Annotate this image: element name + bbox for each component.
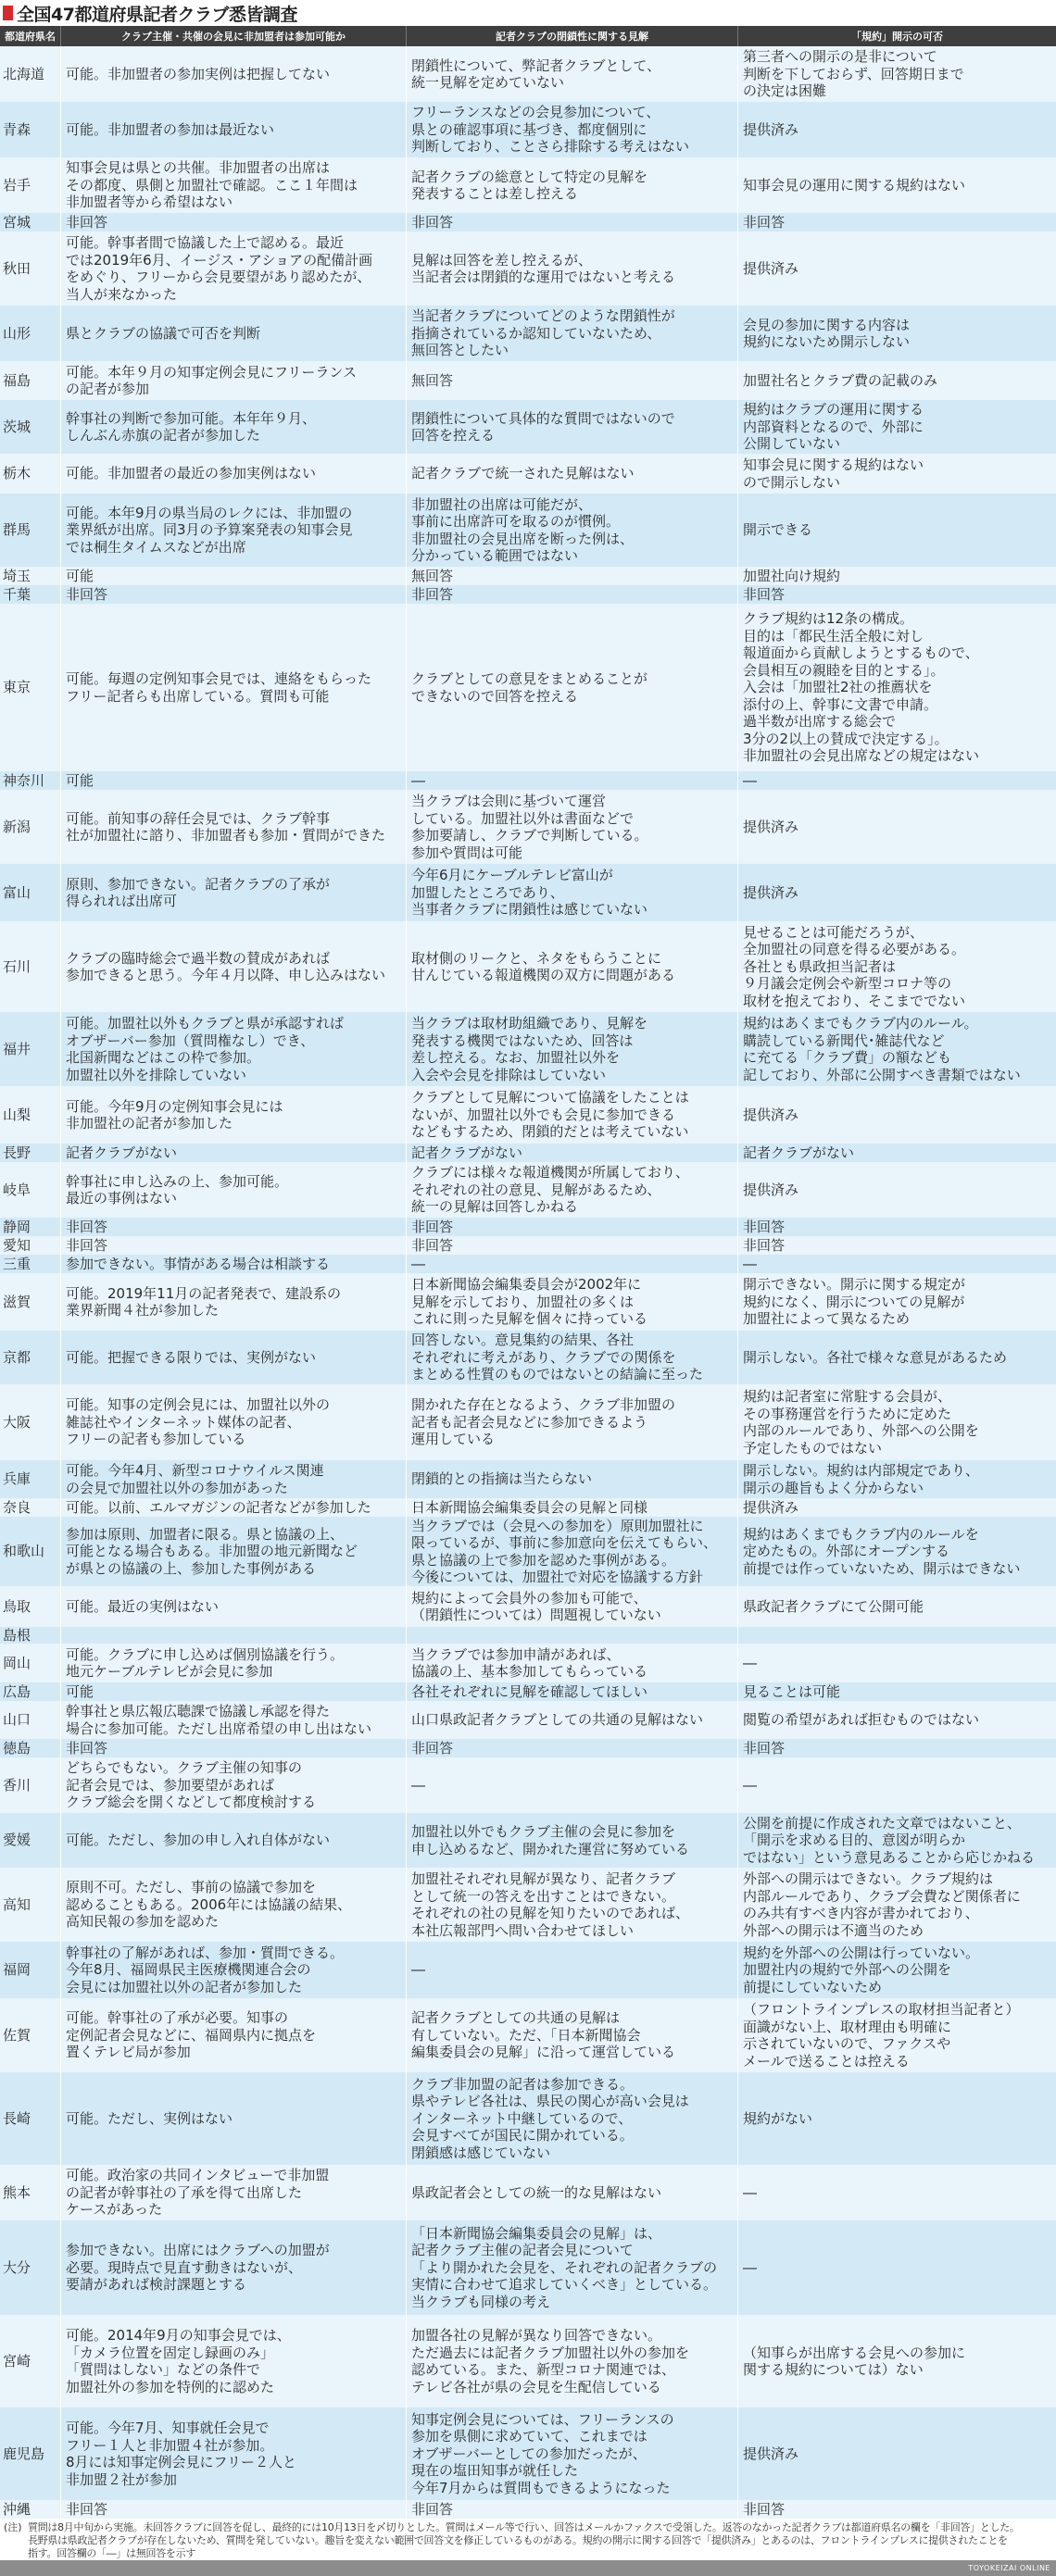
cell-participation: 可能。非加盟者の参加実例は把握してない — [60, 46, 406, 102]
cell-rules-disclosure: 開示できる — [737, 494, 1056, 567]
cell-rules-disclosure: ― — [737, 1644, 1056, 1682]
cell-closedness-view: 非回答 — [406, 213, 737, 231]
table-row: 長野記者クラブがない記者クラブがない記者クラブがない — [0, 1144, 1056, 1162]
cell-rules-disclosure: 開示できない。開示に関する規定が 規約になく、開示についての見解が 加盟社によっ… — [737, 1273, 1056, 1331]
cell-prefecture: 岡山 — [0, 1644, 60, 1682]
cell-prefecture: 山形 — [0, 306, 60, 361]
cell-participation: 可能。今年7月、知事就任会見で フリー１人と非加盟４社が参加。 8月には知事定例… — [60, 2407, 406, 2500]
cell-participation: 原則、参加できない。記者クラブの了承が 得られれば出席可 — [60, 864, 406, 921]
cell-participation: 可能。毎週の定例知事会見では、連絡をもらった フリー記者らも出席している。質問も… — [60, 604, 406, 771]
cell-closedness-view: 記者クラブの総意として特定の見解を 発表することは差し控える — [406, 157, 737, 213]
cell-closedness-view: ― — [406, 1255, 737, 1273]
cell-prefecture: 栃木 — [0, 454, 60, 494]
cell-closedness-view: 当クラブは会則に基づいて運営 している。加盟社以外は書面などで 参加要請し、クラ… — [406, 790, 737, 864]
cell-prefecture: 奈良 — [0, 1498, 60, 1517]
cell-closedness-view: 非回答 — [406, 1218, 737, 1236]
footnote-text: 質問は8月中旬から実施。未回答クラブに回答を促し、最終的には10月13日を〆切り… — [28, 2521, 1020, 2560]
table-row: 奈良可能。以前、エルマガジンの記者などが参加した日本新聞協会編集委員会の見解と同… — [0, 1498, 1056, 1517]
cell-closedness-view: ― — [406, 1942, 737, 1998]
cell-prefecture: 福岡 — [0, 1942, 60, 1998]
cell-prefecture: 大阪 — [0, 1384, 60, 1460]
table-row: 福井可能。加盟社以外もクラブと県が承認すれば オブザーバー参加（質問権なし）でき… — [0, 1012, 1056, 1086]
table-row: 大阪可能。知事の定例会見には、加盟社以外の 雑誌社やインターネット媒体の記者、 … — [0, 1384, 1056, 1460]
table-row: 愛知非回答非回答非回答 — [0, 1236, 1056, 1255]
cell-participation: 可能。2019年11月の記者発表で、建設系の 業界新聞４社が参加した — [60, 1273, 406, 1331]
table-row: 高知原則不可。ただし、事前の協議で参加を 認めることもある。2006年には協議の… — [0, 1868, 1056, 1942]
cell-rules-disclosure: 規約はあくまでもクラブ内のルール。 購読している新聞代･雑誌代など に充てる「ク… — [737, 1012, 1056, 1086]
cell-prefecture: 福井 — [0, 1012, 60, 1086]
cell-rules-disclosure: 提供済み — [737, 2407, 1056, 2500]
table-row: 愛媛可能。ただし、参加の申し入れ自体がない加盟社以外でもクラブ主催の会見に参加を… — [0, 1813, 1056, 1868]
cell-participation: 県とクラブの協議で可否を判断 — [60, 306, 406, 361]
cell-participation: 幹事社と県広報広聴課で協議し承認を得た 場合に参加可能。ただし出席希望の申し出は… — [60, 1701, 406, 1739]
cell-participation: 非回答 — [60, 1236, 406, 1255]
cell-prefecture: 岩手 — [0, 157, 60, 213]
cell-participation: 可能 — [60, 1682, 406, 1701]
cell-participation: 可能。ただし、実例はない — [60, 2072, 406, 2165]
cell-prefecture: 滋賀 — [0, 1273, 60, 1331]
cell-prefecture: 大分 — [0, 2220, 60, 2315]
cell-prefecture: 千葉 — [0, 585, 60, 604]
header-prefecture: 都道府県名 — [0, 26, 60, 46]
table-row: 埼玉可能無回答加盟社向け規約 — [0, 567, 1056, 585]
cell-rules-disclosure: 知事会見に関する規約はない ので開示しない — [737, 454, 1056, 494]
cell-closedness-view: 非回答 — [406, 1236, 737, 1255]
cell-rules-disclosure: 見せることは可能だろうが、 全加盟社の同意を得る必要がある。 各社とも県政担当記… — [737, 921, 1056, 1012]
cell-prefecture: 熊本 — [0, 2165, 60, 2220]
cell-participation: 可能。今年4月、新型コロナウイルス関連 の会見で加盟社以外の参加があった — [60, 1460, 406, 1498]
cell-participation: 可能。最近の実例はない — [60, 1586, 406, 1627]
cell-closedness-view: 無回答 — [406, 567, 737, 585]
cell-participation: 参加できない。出席にはクラブへの加盟が 必要。現時点で見直す動きはないが、 要請… — [60, 2220, 406, 2315]
cell-rules-disclosure: 非回答 — [737, 585, 1056, 604]
cell-participation: 可能。非加盟者の最近の参加実例はない — [60, 454, 406, 494]
cell-prefecture: 北海道 — [0, 46, 60, 102]
cell-participation: 可能。クラブに申し込めば個別協議を行う。 地元ケーブルテレビが会見に参加 — [60, 1644, 406, 1682]
cell-rules-disclosure: 提供済み — [737, 1498, 1056, 1517]
cell-closedness-view: 見解は回答を差し控えるが、 当記者会は閉鎖的な運用ではないと考える — [406, 231, 737, 306]
table-row: 北海道可能。非加盟者の参加実例は把握してない閉鎖性について、弊記者クラブとして、… — [0, 46, 1056, 102]
table-row: 山梨可能。今年9月の定例知事会見には 非加盟社の記者が参加したクラブとして見解に… — [0, 1086, 1056, 1144]
cell-prefecture: 島根 — [0, 1627, 60, 1644]
footnote: (注) 質問は8月中旬から実施。未回答クラブに回答を促し、最終的には10月13日… — [0, 2519, 1056, 2560]
cell-prefecture: 鳥取 — [0, 1586, 60, 1627]
cell-closedness-view: 非回答 — [406, 1739, 737, 1757]
cell-prefecture: 愛知 — [0, 1236, 60, 1255]
cell-participation: 知事会見は県との共催。非加盟者の出席は その都度、県側と加盟社で確認。ここ１年間… — [60, 157, 406, 213]
cell-closedness-view: 当クラブでは参加申請があれば、 協議の上、基本参加してもらっている — [406, 1644, 737, 1682]
table-row: 広島可能各社それぞれに見解を確認してほしい見ることは可能 — [0, 1682, 1056, 1701]
cell-prefecture: 愛媛 — [0, 1813, 60, 1868]
header-rules-disclosure: 「規約」開示の可否 — [737, 26, 1056, 46]
table-row: 山形県とクラブの協議で可否を判断当記者クラブについてどのような閉鎖性が 指摘され… — [0, 306, 1056, 361]
page-title: 全国47都道府県記者クラブ悉皆調査 — [17, 1, 297, 26]
cell-closedness-view: 各社それぞれに見解を確認してほしい — [406, 1682, 737, 1701]
cell-prefecture: 山梨 — [0, 1086, 60, 1144]
cell-participation: 参加は原則、加盟者に限る。県と協議の上、 可能となる場合もある。非加盟の地元新聞… — [60, 1517, 406, 1586]
cell-closedness-view: 無回答 — [406, 361, 737, 400]
cell-closedness-view: 非回答 — [406, 585, 737, 604]
cell-prefecture: 青森 — [0, 102, 60, 157]
table-row: 神奈川可能―― — [0, 771, 1056, 790]
cell-prefecture: 石川 — [0, 921, 60, 1012]
table-row: 滋賀可能。2019年11月の記者発表で、建設系の 業界新聞４社が参加した日本新聞… — [0, 1273, 1056, 1331]
cell-participation: 記者クラブがない — [60, 1144, 406, 1162]
cell-rules-disclosure: 第三者への開示の是非について 判断を下しておらず、回答期日まで の決定は困難 — [737, 46, 1056, 102]
table-header: 都道府県名 クラブ主催・共催の会見に非加盟者は参加可能か 記者クラブの閉鎖性に関… — [0, 26, 1056, 46]
cell-closedness-view — [406, 1627, 737, 1644]
cell-closedness-view: ― — [406, 771, 737, 790]
table-row: 東京可能。毎週の定例知事会見では、連絡をもらった フリー記者らも出席している。質… — [0, 604, 1056, 771]
cell-prefecture: 宮崎 — [0, 2315, 60, 2407]
cell-closedness-view: 非加盟社の出席は可能だが、 事前に出席許可を取るのが慣例。 非加盟社の会見出席を… — [406, 494, 737, 567]
cell-participation: 可能。本年9月の県当局のレクには、非加盟の 業界紙が出席。同3月の予算案発表の知… — [60, 494, 406, 567]
cell-rules-disclosure: 規約はクラブの運用に関する 内部資料となるので、外部に 公開していない — [737, 400, 1056, 454]
cell-prefecture: 京都 — [0, 1331, 60, 1384]
table-row: 佐賀可能。幹事社の了承が必要。知事の 定例記者会見などに、福岡県内に拠点を 置く… — [0, 1998, 1056, 2072]
table-row: 大分参加できない。出席にはクラブへの加盟が 必要。現時点で見直す動きはないが、 … — [0, 2220, 1056, 2315]
cell-rules-disclosure: 非回答 — [737, 1218, 1056, 1236]
cell-closedness-view: 山口県政記者クラブとしての共通の見解はない — [406, 1701, 737, 1739]
cell-rules-disclosure: 県政記者クラブにて公開可能 — [737, 1586, 1056, 1627]
cell-closedness-view: 規約によって会員外の参加も可能で、 （閉鎖性については）問題視していない — [406, 1586, 737, 1627]
cell-closedness-view: 非回答 — [406, 2500, 737, 2519]
table-row: 和歌山参加は原則、加盟者に限る。県と協議の上、 可能となる場合もある。非加盟の地… — [0, 1517, 1056, 1586]
cell-rules-disclosure: ― — [737, 2220, 1056, 2315]
table-row: 京都可能。把握できる限りでは、実例がない回答しない。意見集約の結果、各社 それぞ… — [0, 1331, 1056, 1384]
header-participation: クラブ主催・共催の会見に非加盟者は参加可能か — [60, 26, 406, 46]
table-row: 鹿児島可能。今年7月、知事就任会見で フリー１人と非加盟４社が参加。 8月には知… — [0, 2407, 1056, 2500]
cell-participation: 可能。本年９月の知事定例会見にフリーランス の記者が参加 — [60, 361, 406, 400]
cell-participation: 原則不可。ただし、事前の協議で参加を 認めることもある。2006年には協議の結果… — [60, 1868, 406, 1942]
cell-prefecture: 山口 — [0, 1701, 60, 1739]
cell-participation: 可能。幹事者間で協議した上で認める。最近 では2019年6月、イージス・アショア… — [60, 231, 406, 306]
cell-participation: 可能。幹事社の了承が必要。知事の 定例記者会見などに、福岡県内に拠点を 置くテレ… — [60, 1998, 406, 2072]
table-row: 茨城幹事社の判断で参加可能。本年年９月、 しんぶん赤旗の記者が参加した閉鎖性につ… — [0, 400, 1056, 454]
cell-participation — [60, 1627, 406, 1644]
cell-participation: 幹事社の了解があれば、参加・質問できる。 今年8月、福岡県民主医療機関連合会の … — [60, 1942, 406, 1998]
cell-closedness-view: 開かれた存在となるよう、クラブ非加盟の 記者も記者会見などに参加できるよう 運用… — [406, 1384, 737, 1460]
survey-table: 都道府県名 クラブ主催・共催の会見に非加盟者は参加可能か 記者クラブの閉鎖性に関… — [0, 26, 1056, 2519]
cell-rules-disclosure: ― — [737, 1255, 1056, 1273]
footnote-label: (注) — [4, 2521, 28, 2560]
cell-closedness-view: クラブには様々な報道機関が所属しており、 それぞれの社の意見、見解があるため、 … — [406, 1162, 737, 1218]
cell-prefecture: 兵庫 — [0, 1460, 60, 1498]
cell-closedness-view: 当記者クラブについてどのような閉鎖性が 指摘されているか認知していないため、 無… — [406, 306, 737, 361]
cell-rules-disclosure: 会見の参加に関する内容は 規約にないため開示しない — [737, 306, 1056, 361]
cell-prefecture: 岐阜 — [0, 1162, 60, 1218]
cell-rules-disclosure: 非回答 — [737, 1236, 1056, 1255]
cell-closedness-view: クラブとしての意見をまとめることが できないので回答を控える — [406, 604, 737, 771]
cell-closedness-view: 県政記者会としての統一的な見解はない — [406, 2165, 737, 2220]
cell-rules-disclosure: 外部への開示はできない。クラブ規約は 内部ルールであり、クラブ会費など関係者に … — [737, 1868, 1056, 1942]
cell-closedness-view: 加盟各社の見解が異なり回答できない。 ただ過去には記者クラブ加盟社以外の参加を … — [406, 2315, 737, 2407]
cell-closedness-view: 知事定例会見については、フリーランスの 参加を県側に求めていて、これまでは オブ… — [406, 2407, 737, 2500]
cell-closedness-view: ― — [406, 1757, 737, 1813]
cell-participation: 参加できない。事情がある場合は相談する — [60, 1255, 406, 1273]
table-row: 青森可能。非加盟者の参加は最近ないフリーランスなどの会見参加について、 県との確… — [0, 102, 1056, 157]
table-row: 熊本可能。政治家の共同インタビューで非加盟 の記者が幹事社の了承を得て出席した … — [0, 2165, 1056, 2220]
table-row: 福岡幹事社の了解があれば、参加・質問できる。 今年8月、福岡県民主医療機関連合会… — [0, 1942, 1056, 1998]
cell-prefecture: 神奈川 — [0, 771, 60, 790]
table-row: 石川クラブの臨時総会で過半数の賛成があれば 参加できると思う。今年４月以降、申し… — [0, 921, 1056, 1012]
cell-closedness-view: 「日本新聞協会編集委員会の見解」は、 記者クラブ主催の記者会見について 「より開… — [406, 2220, 737, 2315]
cell-participation: どちらでもない。クラブ主催の知事の 記者会見では、参加要望があれば クラブ総会を… — [60, 1757, 406, 1813]
cell-closedness-view: 回答しない。意見集約の結果、各社 それぞれに考えがあり、クラブでの関係を まとめ… — [406, 1331, 737, 1384]
cell-closedness-view: フリーランスなどの会見参加について、 県との確認事項に基づき、都度個別に 判断し… — [406, 102, 737, 157]
cell-participation: 可能。非加盟者の参加は最近ない — [60, 102, 406, 157]
cell-closedness-view: 記者クラブがない — [406, 1144, 737, 1162]
table-row: 山口幹事社と県広報広聴課で協議し承認を得た 場合に参加可能。ただし出席希望の申し… — [0, 1701, 1056, 1739]
cell-rules-disclosure: 記者クラブがない — [737, 1144, 1056, 1162]
cell-participation: 非回答 — [60, 213, 406, 231]
cell-prefecture: 長崎 — [0, 2072, 60, 2165]
cell-participation: 非回答 — [60, 585, 406, 604]
cell-rules-disclosure: （知事らが出席する会見への参加に 関する規約については）ない — [737, 2315, 1056, 2407]
cell-prefecture: 和歌山 — [0, 1517, 60, 1586]
cell-closedness-view: 閉鎖性について、弊記者クラブとして、 統一見解を定めていない — [406, 46, 737, 102]
cell-participation: 幹事社の判断で参加可能。本年年９月、 しんぶん赤旗の記者が参加した — [60, 400, 406, 454]
cell-prefecture: 新潟 — [0, 790, 60, 864]
cell-rules-disclosure: 閲覧の希望があれば拒むものではない — [737, 1701, 1056, 1739]
cell-prefecture: 長野 — [0, 1144, 60, 1162]
cell-prefecture: 埼玉 — [0, 567, 60, 585]
cell-participation: 非回答 — [60, 1739, 406, 1757]
cell-prefecture: 香川 — [0, 1757, 60, 1813]
cell-participation: 非回答 — [60, 2500, 406, 2519]
cell-rules-disclosure: 規約はあくまでもクラブ内のルールを 定めたもの。外部にオープンする 前提では作っ… — [737, 1517, 1056, 1586]
cell-rules-disclosure: 非回答 — [737, 2500, 1056, 2519]
table-row: 新潟可能。前知事の辞任会見では、クラブ幹事 社が加盟社に諮り、非加盟者も参加・質… — [0, 790, 1056, 864]
cell-rules-disclosure: 提供済み — [737, 864, 1056, 921]
table-row: 長崎可能。ただし、実例はないクラブ非加盟の記者は参加できる。 県やテレビ各社は、… — [0, 2072, 1056, 2165]
table-row: 香川どちらでもない。クラブ主催の知事の 記者会見では、参加要望があれば クラブ総… — [0, 1757, 1056, 1813]
cell-prefecture: 佐賀 — [0, 1998, 60, 2072]
cell-rules-disclosure: クラブ規約は12条の構成。 目的は「都民生活全般に対し 報道面から貢献しようとす… — [737, 604, 1056, 771]
cell-closedness-view: 記者クラブで統一された見解はない — [406, 454, 737, 494]
table-row: 岐阜幹事社に申し込みの上、参加可能。 最近の事例はないクラブには様々な報道機関が… — [0, 1162, 1056, 1218]
table-row: 沖縄非回答非回答非回答 — [0, 2500, 1056, 2519]
cell-rules-disclosure: 規約は記者室に常駐する会員が、 その事務運営を行うために定めた 内部のルールであ… — [737, 1384, 1056, 1460]
cell-participation: 可能。2014年9月の知事会見では、 「カメラ位置を固定し録画のみ」 「質問はし… — [60, 2315, 406, 2407]
cell-prefecture: 富山 — [0, 864, 60, 921]
table-row: 岩手知事会見は県との共催。非加盟者の出席は その都度、県側と加盟社で確認。ここ１… — [0, 157, 1056, 213]
table-row: 宮城非回答非回答非回答 — [0, 213, 1056, 231]
cell-closedness-view: 閉鎖的との指摘は当たらない — [406, 1460, 737, 1498]
cell-participation: 可能 — [60, 567, 406, 585]
cell-rules-disclosure: 開示しない。各社で様々な意見があるため — [737, 1331, 1056, 1384]
cell-participation: 可能。以前、エルマガジンの記者などが参加した — [60, 1498, 406, 1517]
cell-prefecture: 広島 — [0, 1682, 60, 1701]
cell-closedness-view: 記者クラブとしての共通の見解は 有していない。ただ、「日本新聞協会 編集委員会の… — [406, 1998, 737, 2072]
cell-closedness-view: 閉鎖性について具体的な質問ではないので 回答を控える — [406, 400, 737, 454]
table-row: 岡山可能。クラブに申し込めば個別協議を行う。 地元ケーブルテレビが会見に参加当ク… — [0, 1644, 1056, 1682]
red-square-icon — [3, 6, 13, 20]
cell-rules-disclosure: 非回答 — [737, 213, 1056, 231]
cell-prefecture: 福島 — [0, 361, 60, 400]
cell-participation: 幹事社に申し込みの上、参加可能。 最近の事例はない — [60, 1162, 406, 1218]
cell-rules-disclosure: 加盟社名とクラブ費の記載のみ — [737, 361, 1056, 400]
cell-closedness-view: クラブ非加盟の記者は参加できる。 県やテレビ各社は、県民の関心が高い会見は イン… — [406, 2072, 737, 2165]
table-row: 宮崎可能。2014年9月の知事会見では、 「カメラ位置を固定し録画のみ」 「質問… — [0, 2315, 1056, 2407]
cell-rules-disclosure: 提供済み — [737, 102, 1056, 157]
cell-rules-disclosure: ― — [737, 1757, 1056, 1813]
cell-prefecture: 秋田 — [0, 231, 60, 306]
cell-prefecture: 宮城 — [0, 213, 60, 231]
cell-rules-disclosure: 加盟社向け規約 — [737, 567, 1056, 585]
cell-prefecture: 徳島 — [0, 1739, 60, 1757]
footer-credit: TOYOKEIZAI ONLINE — [968, 2564, 1050, 2572]
table-row: 静岡非回答非回答非回答 — [0, 1218, 1056, 1236]
table-row: 千葉非回答非回答非回答 — [0, 585, 1056, 604]
table-row: 三重参加できない。事情がある場合は相談する―― — [0, 1255, 1056, 1273]
table-body: 北海道可能。非加盟者の参加実例は把握してない閉鎖性について、弊記者クラブとして、… — [0, 46, 1056, 2519]
table-row: 福島可能。本年９月の知事定例会見にフリーランス の記者が参加無回答加盟社名とクラ… — [0, 361, 1056, 400]
cell-prefecture: 茨城 — [0, 400, 60, 454]
table-row: 群馬可能。本年9月の県当局のレクには、非加盟の 業界紙が出席。同3月の予算案発表… — [0, 494, 1056, 567]
table-row: 徳島非回答非回答非回答 — [0, 1739, 1056, 1757]
cell-closedness-view: 当クラブは取材助組織であり、見解を 発表する機関ではないため、回答は 差し控える… — [406, 1012, 737, 1086]
cell-prefecture: 群馬 — [0, 494, 60, 567]
cell-prefecture: 東京 — [0, 604, 60, 771]
cell-participation: 可能。今年9月の定例知事会見には 非加盟社の記者が参加した — [60, 1086, 406, 1144]
table-row: 兵庫可能。今年4月、新型コロナウイルス関連 の会見で加盟社以外の参加があった閉鎖… — [0, 1460, 1056, 1498]
footer-bar: TOYOKEIZAI ONLINE — [0, 2560, 1056, 2576]
cell-closedness-view: 加盟社それぞれ見解が異なり、記者クラブ として統一の答えを出すことはできない。 … — [406, 1868, 737, 1942]
cell-participation: 可能 — [60, 771, 406, 790]
cell-participation: 可能。把握できる限りでは、実例がない — [60, 1331, 406, 1384]
cell-prefecture: 静岡 — [0, 1218, 60, 1236]
cell-rules-disclosure: 見ることは可能 — [737, 1682, 1056, 1701]
cell-participation: クラブの臨時総会で過半数の賛成があれば 参加できると思う。今年４月以降、申し込み… — [60, 921, 406, 1012]
cell-rules-disclosure: 提供済み — [737, 1086, 1056, 1144]
cell-rules-disclosure: 公開を前提に作成された文章ではないこと、 「開示を求める目的、意図が明らか では… — [737, 1813, 1056, 1868]
cell-rules-disclosure: 規約がない — [737, 2072, 1056, 2165]
cell-prefecture: 沖縄 — [0, 2500, 60, 2519]
cell-closedness-view: 加盟社以外でもクラブ主催の会見に参加を 申し込めるなど、開かれた運営に努めている — [406, 1813, 737, 1868]
cell-participation: 可能。ただし、参加の申し入れ自体がない — [60, 1813, 406, 1868]
cell-prefecture: 三重 — [0, 1255, 60, 1273]
cell-participation: 可能。知事の定例会見には、加盟社以外の 雑誌社やインターネット媒体の記者、 フリ… — [60, 1384, 406, 1460]
cell-participation: 可能。政治家の共同インタビューで非加盟 の記者が幹事社の了承を得て出席した ケー… — [60, 2165, 406, 2220]
cell-closedness-view: クラブとして見解について協議をしたことは ないが、加盟社以外でも会見に参加できる… — [406, 1086, 737, 1144]
table-row: 鳥取可能。最近の実例はない規約によって会員外の参加も可能で、 （閉鎖性については… — [0, 1586, 1056, 1627]
cell-rules-disclosure: 提供済み — [737, 1162, 1056, 1218]
table-row: 栃木可能。非加盟者の最近の参加実例はない記者クラブで統一された見解はない知事会見… — [0, 454, 1056, 494]
cell-rules-disclosure: 非回答 — [737, 1739, 1056, 1757]
cell-closedness-view: 当クラブでは（会見への参加を）原則加盟社に 限っているが、事前に参加意向を伝えて… — [406, 1517, 737, 1586]
cell-rules-disclosure: 開示しない。規約は内部規定であり、 開示の趣旨もよく分からない — [737, 1460, 1056, 1498]
cell-rules-disclosure: ― — [737, 2165, 1056, 2220]
table-row: 秋田可能。幹事者間で協議した上で認める。最近 では2019年6月、イージス・アシ… — [0, 231, 1056, 306]
cell-rules-disclosure: 規約を外部への公開は行っていない。 加盟社内の規約で外部への公開を 前提にしてい… — [737, 1942, 1056, 1998]
cell-rules-disclosure: 提供済み — [737, 231, 1056, 306]
cell-closedness-view: 日本新聞協会編集委員会の見解と同様 — [406, 1498, 737, 1517]
cell-rules-disclosure: 提供済み — [737, 790, 1056, 864]
cell-participation: 可能。加盟社以外もクラブと県が承認すれば オブザーバー参加（質問権なし）でき、 … — [60, 1012, 406, 1086]
cell-rules-disclosure: ― — [737, 771, 1056, 790]
cell-rules-disclosure — [737, 1627, 1056, 1644]
header-closedness-view: 記者クラブの閉鎖性に関する見解 — [406, 26, 737, 46]
cell-prefecture: 鹿児島 — [0, 2407, 60, 2500]
page-title-bar: 全国47都道府県記者クラブ悉皆調査 — [0, 0, 1056, 26]
cell-closedness-view: 日本新聞協会編集委員会が2002年に 見解を示しており、加盟社の多くは これに則… — [406, 1273, 737, 1331]
cell-participation: 可能。前知事の辞任会見では、クラブ幹事 社が加盟社に諮り、非加盟者も参加・質問が… — [60, 790, 406, 864]
cell-participation: 非回答 — [60, 1218, 406, 1236]
table-row: 富山原則、参加できない。記者クラブの了承が 得られれば出席可今年6月にケーブルテ… — [0, 864, 1056, 921]
cell-rules-disclosure: （フロントラインプレスの取材担当記者と） 面識がない上、取材理由も明確に 示され… — [737, 1998, 1056, 2072]
cell-closedness-view: 取材側のリークと、ネタをもらうことに 甘んじている報道機関の双方に問題がある — [406, 921, 737, 1012]
table-row: 島根 — [0, 1627, 1056, 1644]
cell-closedness-view: 今年6月にケーブルテレビ富山が 加盟したところであり、 当事者クラブに閉鎖性は感… — [406, 864, 737, 921]
cell-prefecture: 高知 — [0, 1868, 60, 1942]
cell-rules-disclosure: 知事会見の運用に関する規約はない — [737, 157, 1056, 213]
